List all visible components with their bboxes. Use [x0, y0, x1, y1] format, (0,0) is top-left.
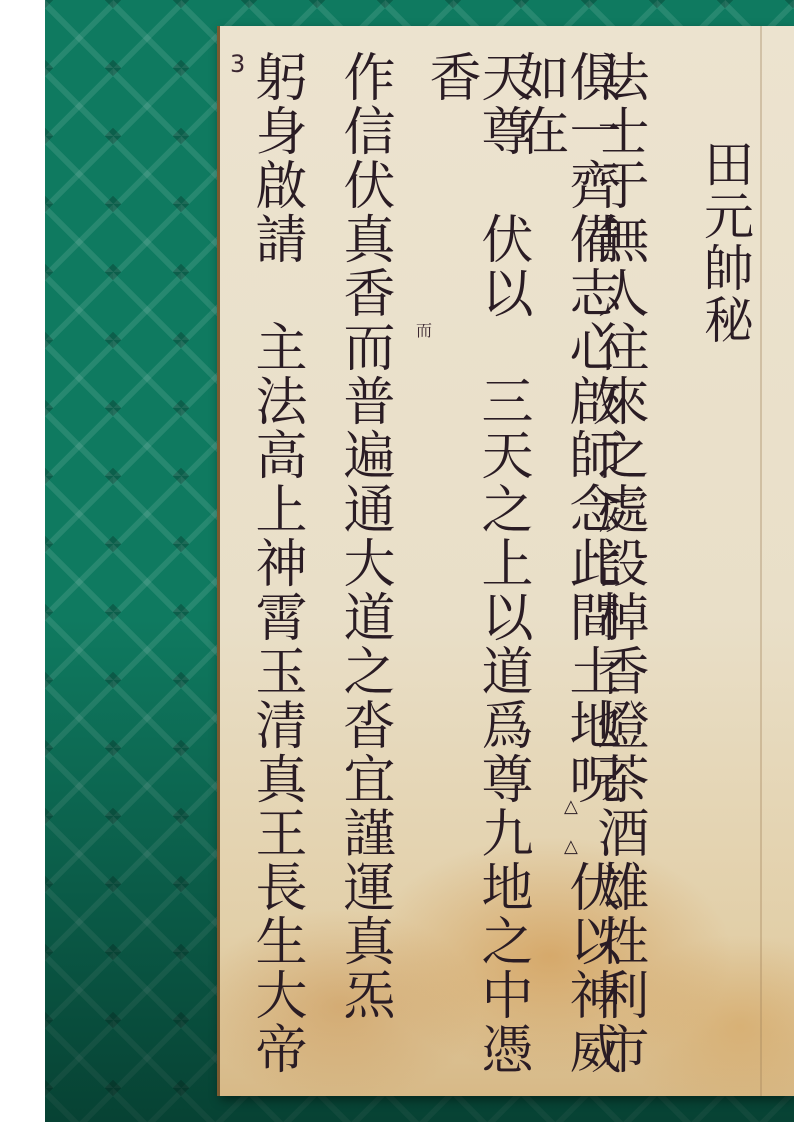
page-number: 3	[230, 50, 245, 78]
interlinear-gloss: 而	[416, 318, 432, 341]
correction-mark-1: △	[564, 796, 578, 817]
text-column-3: 天尊 伏以 三天之上以道爲尊九地之中憑香	[424, 50, 528, 1096]
manuscript-title: 田元帥秘	[700, 138, 750, 346]
correction-mark-2: △	[564, 836, 578, 857]
text-column-4: 作信伏真香而普遍通大道之沓宜謹運真炁	[338, 50, 390, 1022]
text-column-5: 躬身啟請 主法高上神霄玉清真王長生大帝	[250, 50, 302, 1076]
manuscript-page: 3 田元帥秘 法士于無人往來之處設棹香燈茶酒雄牲利市 俱一齊備志心啟師念此間土地…	[220, 26, 794, 1096]
page-fold-line	[760, 26, 762, 1096]
